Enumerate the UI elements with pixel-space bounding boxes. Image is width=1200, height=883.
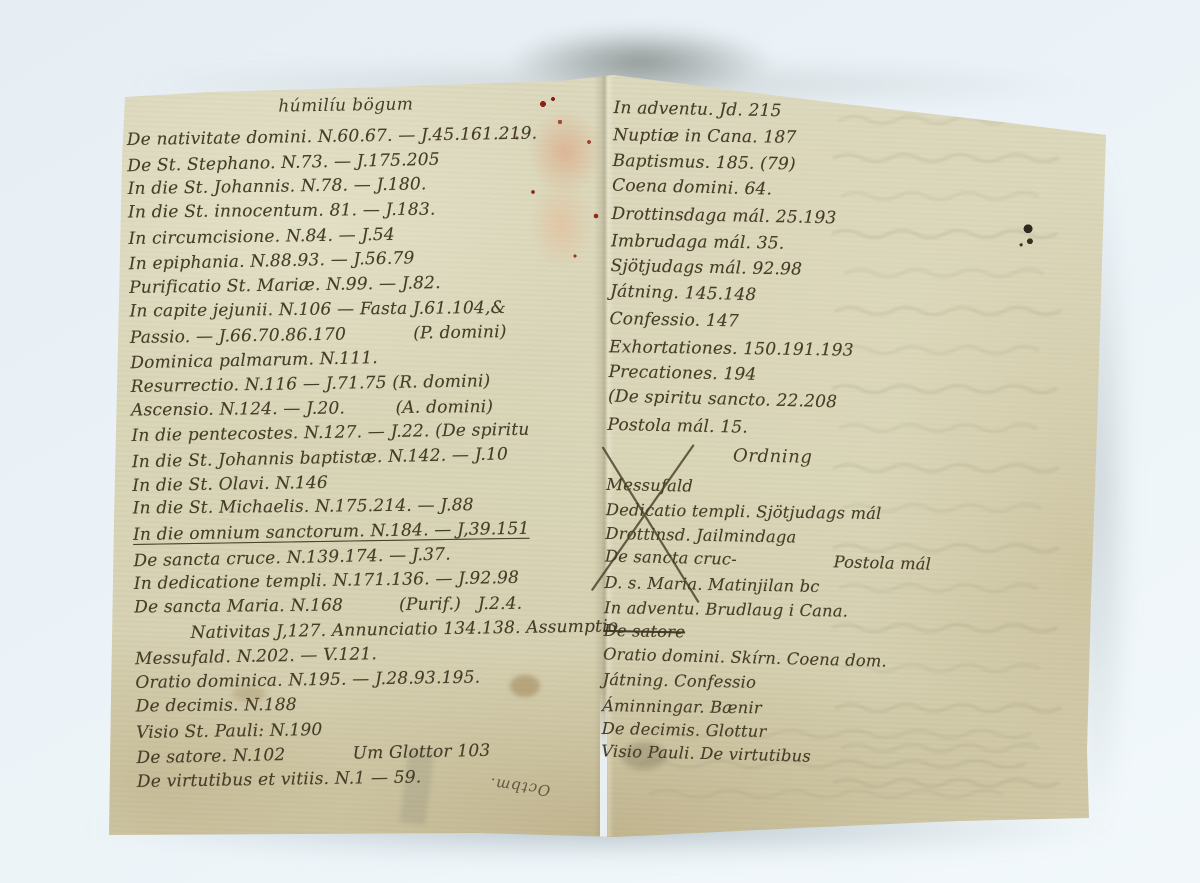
- manuscript-line: De sancta Maria. N.168 (Purif.) J.2.4.: [134, 591, 616, 620]
- section-heading: Ordning: [733, 445, 1087, 473]
- manuscript-line: Ascensio. N.124. — J.20. (A. domini): [131, 393, 613, 422]
- left-page: húmilíu bögum De nativitate domini. N.60…: [126, 78, 620, 837]
- photo-background: húmilíu bögum De nativitate domini. N.60…: [0, 0, 1200, 883]
- cross-out-mark: [586, 440, 721, 619]
- right-page-lines: In adventu. Jd. 215Nuptiæ in Cana. 187Ba…: [607, 95, 1093, 447]
- manuscript-line: De decimis. N.188: [136, 690, 618, 719]
- manuscript-sheet: húmilíu bögum De nativitate domini. N.60…: [0, 0, 1200, 883]
- manuscript-line: In die St. Michaelis. N.175.214. — J.88: [133, 492, 615, 521]
- right-page: In adventu. Jd. 215Nuptiæ in Cana. 187Ba…: [600, 88, 1094, 845]
- manuscript-line: In capite jejunii. N.106 — Fasta J.61.10…: [129, 295, 611, 324]
- page-title: húmilíu bögum: [278, 91, 608, 116]
- left-page-lines: De nativitate domini. N.60.67. — J.45.16…: [127, 120, 619, 794]
- manuscript-line: In die St. innocentum. 81. — J.183.: [128, 196, 610, 225]
